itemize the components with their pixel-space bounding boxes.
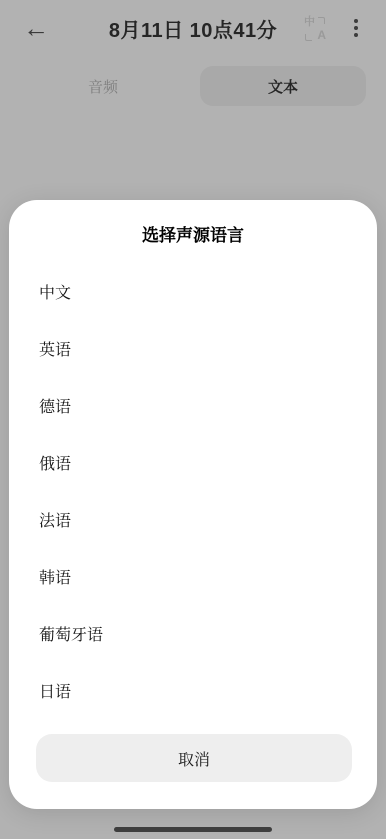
- language-picker-sheet: 选择声源语言 中文 英语 德语 俄语 法语 韩语 葡萄牙语 日语 取消: [9, 200, 377, 809]
- language-option-portuguese[interactable]: 葡萄牙语: [9, 605, 377, 662]
- language-option-french[interactable]: 法语: [9, 491, 377, 548]
- translate-button[interactable]: 中 A: [304, 17, 328, 41]
- kebab-menu-icon: [354, 19, 358, 23]
- top-bar: ← 8月11日 10点41分 中 A: [0, 0, 386, 56]
- back-arrow-icon: ←: [23, 15, 49, 41]
- kebab-menu-icon: [354, 33, 358, 37]
- more-options-button[interactable]: [342, 14, 370, 42]
- tab-text[interactable]: 文本: [200, 66, 366, 106]
- language-option-list: 中文 英语 德语 俄语 法语 韩语 葡萄牙语 日语: [9, 263, 377, 719]
- language-option-russian[interactable]: 俄语: [9, 434, 377, 491]
- language-option-german[interactable]: 德语: [9, 377, 377, 434]
- tab-audio[interactable]: 音频: [20, 66, 186, 106]
- page-title: 8月11日 10点41分: [60, 0, 326, 56]
- back-button[interactable]: ←: [16, 8, 56, 48]
- language-option-japanese[interactable]: 日语: [9, 662, 377, 719]
- translate-icon: 中: [304, 17, 315, 28]
- translate-icon-bracket-bottom: [305, 34, 312, 41]
- cancel-button[interactable]: 取消: [36, 734, 352, 782]
- home-indicator[interactable]: [114, 827, 272, 832]
- tab-bar: 音频 文本: [20, 66, 366, 106]
- sheet-title: 选择声源语言: [9, 221, 377, 241]
- kebab-menu-icon: [354, 26, 358, 30]
- language-option-chinese[interactable]: 中文: [9, 263, 377, 320]
- language-option-korean[interactable]: 韩语: [9, 548, 377, 605]
- translate-icon-letter: A: [317, 29, 326, 41]
- language-option-english[interactable]: 英语: [9, 320, 377, 377]
- translate-icon-bracket-top: [318, 17, 325, 24]
